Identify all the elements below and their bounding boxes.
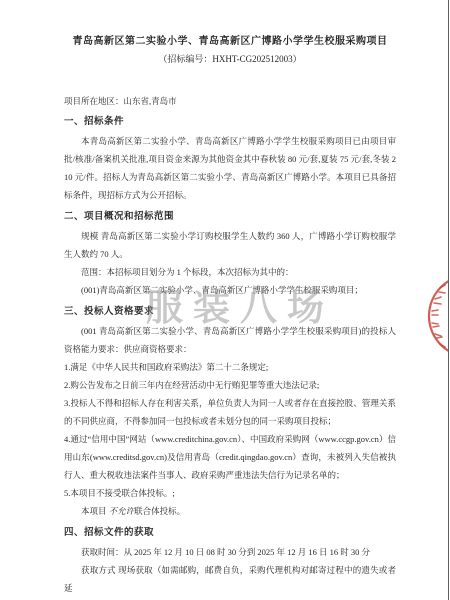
section-1-body: 本青岛高新区第二实验小学、青岛高新区广博路小学学生校服采购项目已由项目审批/核准… xyxy=(64,132,396,204)
consortium-note-suffix: 联合体投标。 xyxy=(134,506,185,516)
bidder-requirements-intro: (001 青岛高新区第二实验小学、青岛高新区广博路小学学生校服采购项目)的投标人… xyxy=(64,322,396,358)
project-location: 项目所在地区：山东省,青岛市 xyxy=(64,93,396,109)
document-title: 青岛高新区第二实验小学、青岛高新区广博路小学学生校服采购项目 xyxy=(64,34,396,49)
consortium-note: 本项目 不允许联合体投标。 xyxy=(64,502,396,520)
requirement-item-3: 3.投标人不得和招标人存在利害关系，单位负责人为同一人或者存在直接控股、管理关系… xyxy=(64,394,396,430)
obtain-method: 获取方式 现场获取（如需邮购，邮费自负，采购代理机构对邮寄过程中的遗失或者延 xyxy=(64,561,396,597)
section-3-heading: 三、投标人资格要求 xyxy=(64,302,396,322)
requirement-item-5: 5.本项目不接受联合体投标。; xyxy=(64,484,396,502)
tender-number: （招标编号：HXHT-CG202512003） xyxy=(64,53,396,66)
document-page: 青岛高新区第二实验小学、青岛高新区广博路小学学生校服采购项目 （招标编号：HXH… xyxy=(0,0,450,600)
section-2-heading: 二、项目概况和招标范围 xyxy=(64,207,396,227)
requirement-item-4: 4.通过“信用中国”网站（www.creditchina.gov.cn）、中国政… xyxy=(64,430,396,484)
requirement-item-2: 2.购公告发布之日前三年内在经营活动中无行贿犯罪等重大违法记录; xyxy=(64,376,396,394)
obtain-time: 获取时间：从 2025 年 12 月 10 日 08 时 30 分到 2025 … xyxy=(64,543,396,561)
consortium-note-prefix: 本项目 xyxy=(81,506,109,516)
project-lot: (001)青岛高新区第二实验小学、青岛高新区广博路小学学生校服采购项目； xyxy=(64,281,396,299)
consortium-note-italic: 不允许 xyxy=(109,506,135,516)
section-1-heading: 一、招标条件 xyxy=(64,112,396,132)
document-content: 青岛高新区第二实验小学、青岛高新区广博路小学学生校服采购项目 （招标编号：HXH… xyxy=(64,34,396,597)
page-edge-divider xyxy=(448,0,449,600)
project-scale: 规模 青岛高新区第二实验小学订购校服学生人数约 360 人，广博路小学订购校服学… xyxy=(64,227,396,263)
requirement-item-1: 1.满足《中华人民共和国政府采购法》第二十二条规定; xyxy=(64,358,396,376)
red-seal-stamp-icon xyxy=(414,272,448,360)
project-scope: 范围：本招标项目划分为 1 个标段，本次招标为其中的： xyxy=(64,263,396,281)
section-4-heading: 四、招标文件的获取 xyxy=(64,523,396,543)
